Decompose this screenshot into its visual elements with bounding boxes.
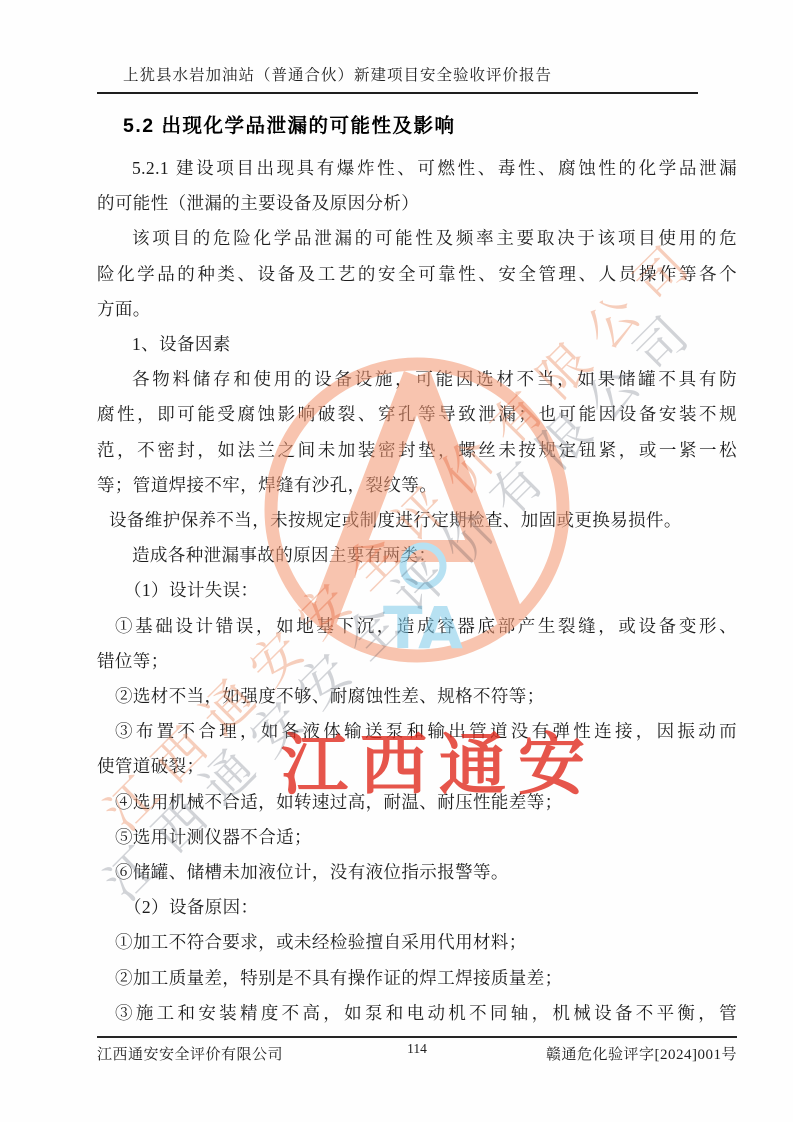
- report-page: 江西通安安全评价有限公司 江西通安安全评价有限公司 TA 江西通安 上犹县水岩加…: [0, 0, 793, 1122]
- body-line: 错位等；: [97, 644, 737, 679]
- header-title: 上犹县水岩加油站（普通合伙）新建项目安全验收评价报告: [123, 63, 552, 85]
- body-line: 造成各种泄漏事故的原因主要有两类：: [97, 538, 737, 573]
- body-line: ①基础设计错误，如地基下沉，造成容器底部产生裂缝，或设备变形、: [97, 609, 737, 644]
- body-line: （2）设备原因：: [97, 890, 737, 925]
- page-footer: 江西通安安全评价有限公司 114 赣通危化验评字[2024]001号: [97, 1036, 737, 1064]
- body-line: ①加工不符合要求，或未经检验擅自采用代用材料；: [97, 925, 737, 960]
- body-line: 5.2.1 建设项目出现具有爆炸性、可燃性、毒性、腐蚀性的化学品泄漏: [97, 151, 737, 186]
- footer-company: 江西通安安全评价有限公司: [97, 1043, 283, 1064]
- body-line: ②加工质量差，特别是不具有操作证的焊工焊接质量差；: [97, 961, 737, 996]
- body-line: 腐性，即可能受腐蚀影响破裂、穿孔等导致泄漏；也可能因设备安装不规: [97, 397, 737, 432]
- body-line: 该项目的危险化学品泄漏的可能性及频率主要取决于该项目使用的危: [97, 221, 737, 256]
- body-line: ⑥储罐、储槽未加液位计，没有液位指示报警等。: [97, 855, 737, 890]
- body-line: 设备维护保养不当，未按规定或制度进行定期检查、加固或更换易损件。: [97, 503, 737, 538]
- body-line: 险化学品的种类、设备及工艺的安全可靠性、安全管理、人员操作等各个: [97, 257, 737, 292]
- body-lines: 5.2.1 建设项目出现具有爆炸性、可燃性、毒性、腐蚀性的化学品泄漏的可能性（泄…: [97, 151, 737, 1031]
- footer-rule: [97, 1036, 737, 1038]
- document-body: 5.2 出现化学品泄漏的可能性及影响 5.2.1 建设项目出现具有爆炸性、可燃性…: [97, 110, 737, 1031]
- body-line: 范，不密封，如法兰之间未加装密封垫，螺丝未按规定钮紧，或一紧一松: [97, 433, 737, 468]
- body-line: 等；管道焊接不牢，焊缝有沙孔，裂纹等。: [97, 468, 737, 503]
- body-line: ④选用机械不合适，如转速过高，耐温、耐压性能差等；: [97, 785, 737, 820]
- body-line: ③施工和安装精度不高，如泵和电动机不同轴，机械设备不平衡，管: [97, 996, 737, 1031]
- body-line: ②选材不当，如强度不够、耐腐蚀性差、规格不符等；: [97, 679, 737, 714]
- body-line: 使管道破裂；: [97, 749, 737, 784]
- footer-doc-number: 赣通危化验评字[2024]001号: [546, 1043, 737, 1064]
- body-line: 1、设备因素: [97, 327, 737, 362]
- body-line: 各物料储存和使用的设备设施，可能因选材不当，如果储罐不具有防: [97, 362, 737, 397]
- body-line: 的可能性（泄漏的主要设备及原因分析）: [97, 186, 737, 221]
- body-line: （1）设计失误：: [97, 573, 737, 608]
- body-line: ⑤选用计测仪器不合适；: [97, 820, 737, 855]
- footer-page-number: 114: [407, 1041, 427, 1057]
- body-line: 方面。: [97, 292, 737, 327]
- body-line: ③布置不合理，如各液体输送泵和输出管道没有弹性连接，因振动而: [97, 714, 737, 749]
- section-heading: 5.2 出现化学品泄漏的可能性及影响: [123, 110, 737, 138]
- header-rule: [97, 92, 698, 94]
